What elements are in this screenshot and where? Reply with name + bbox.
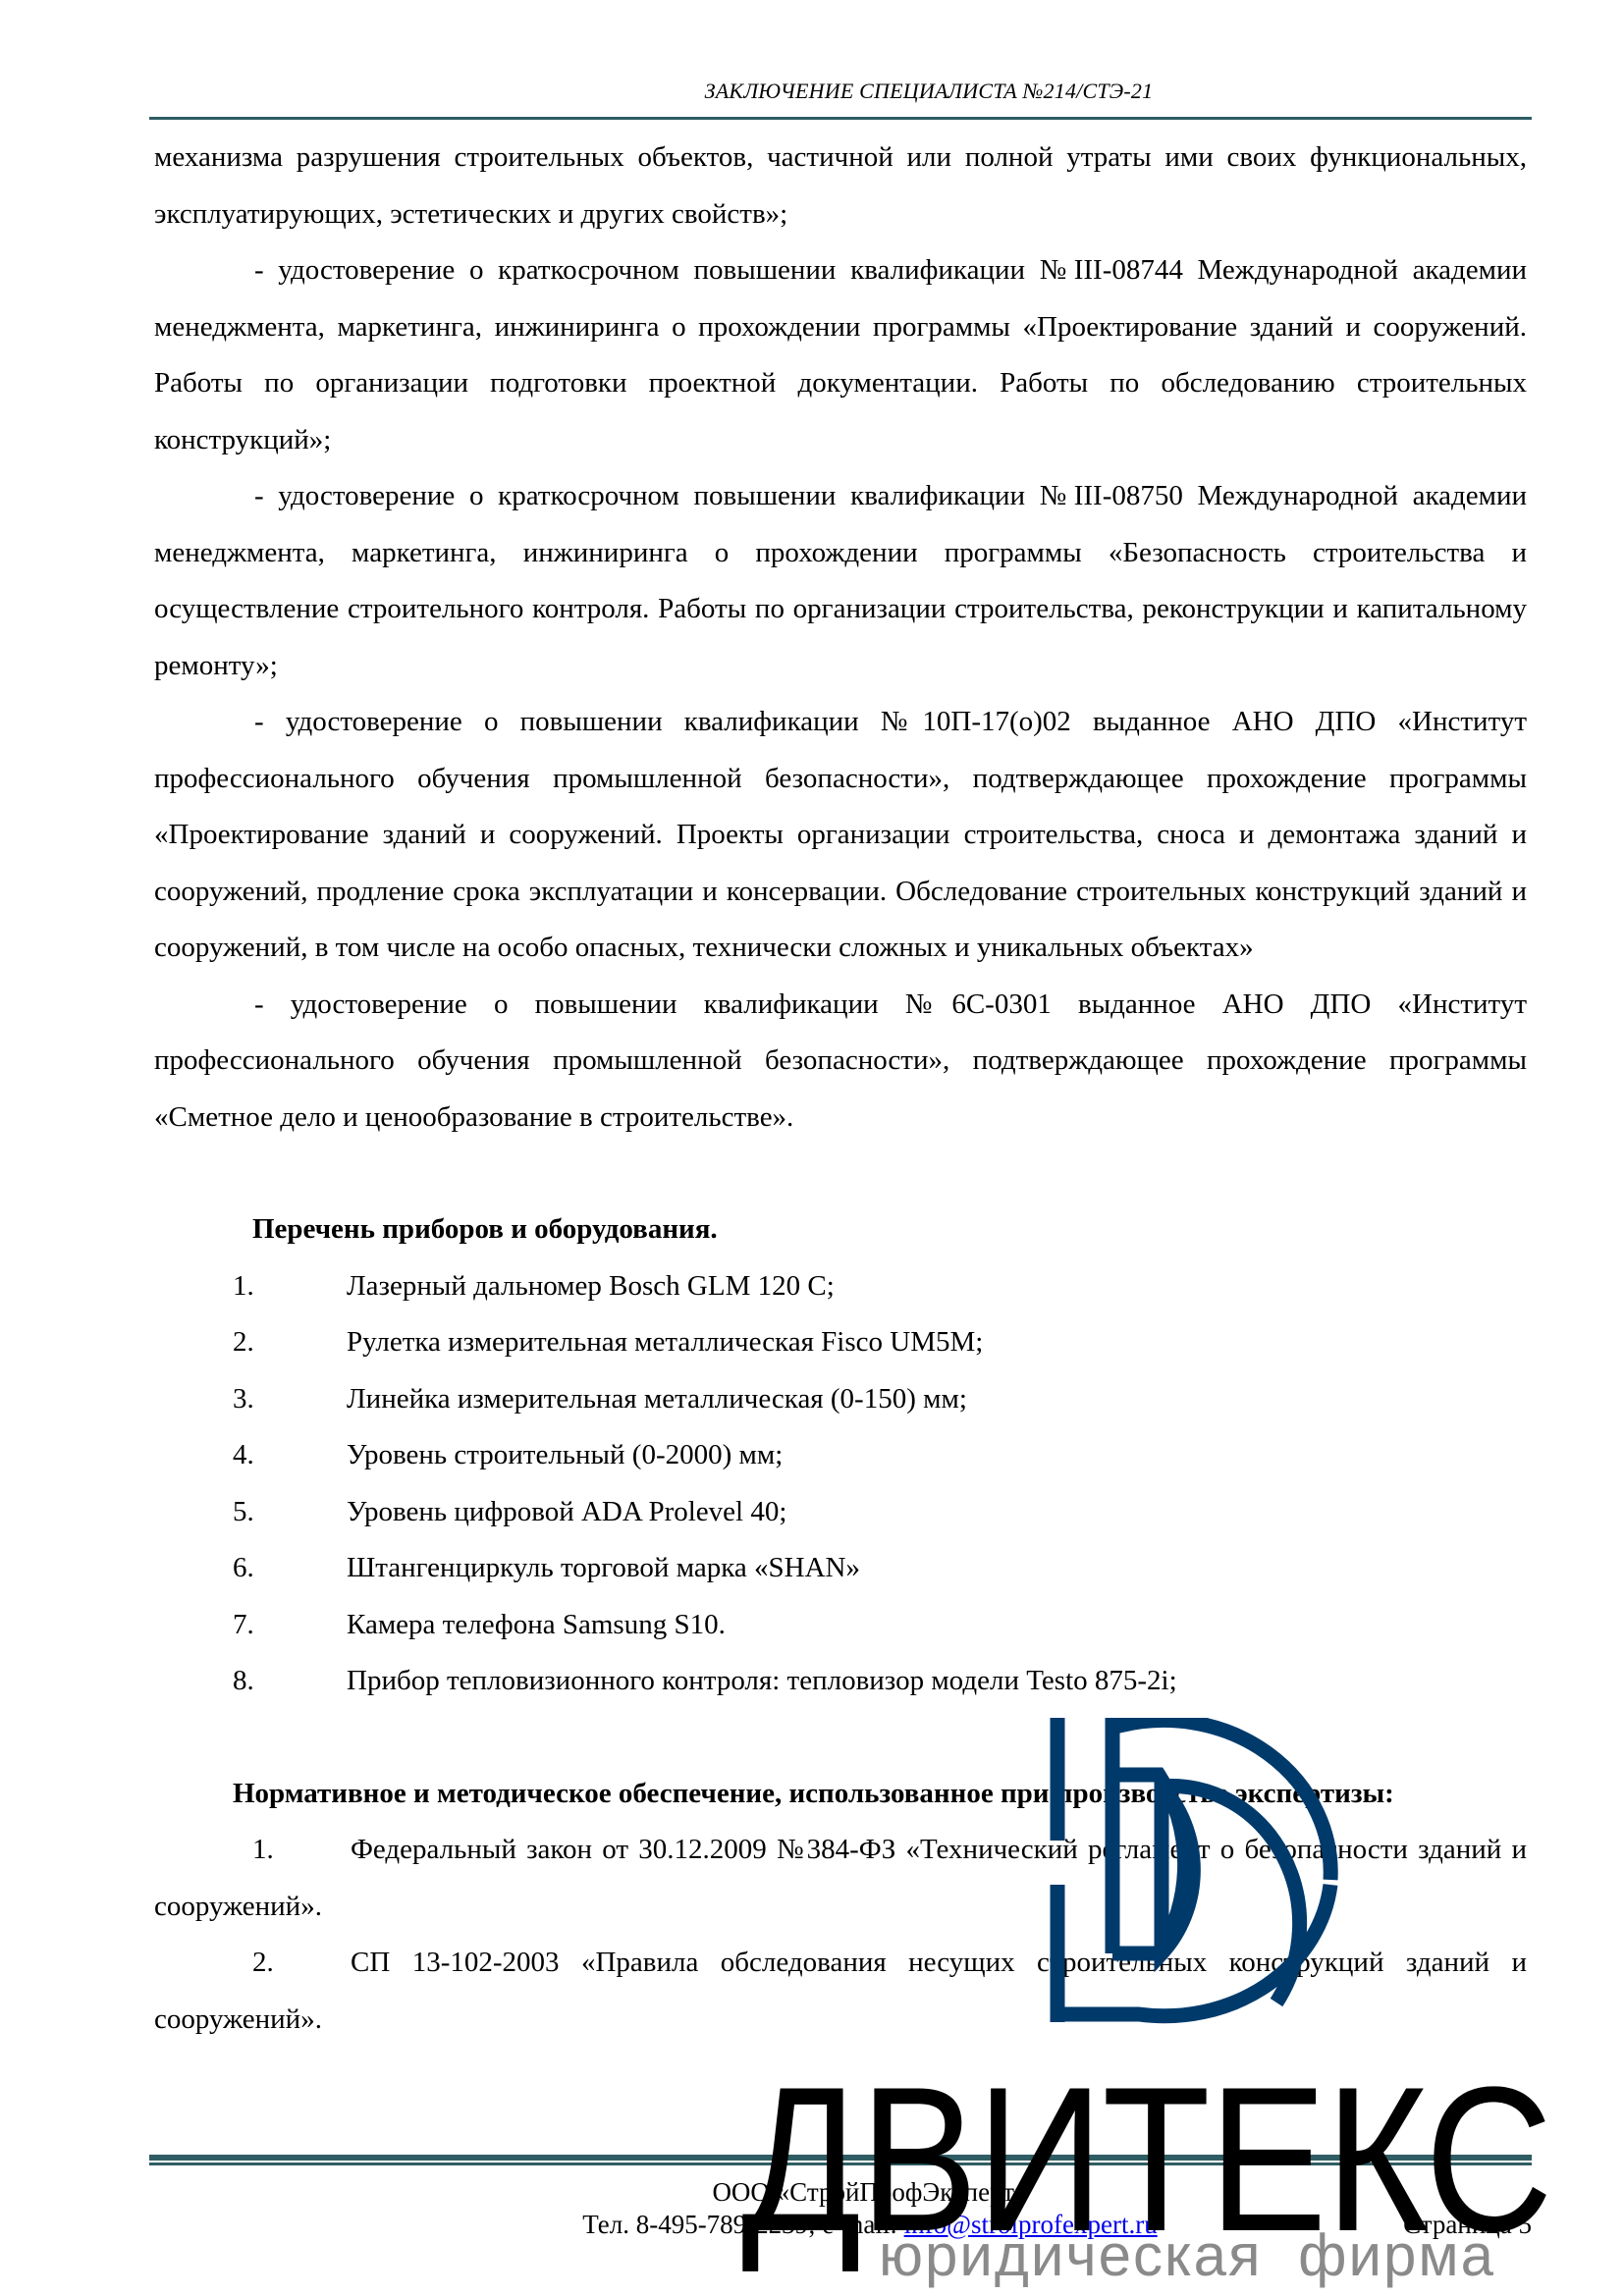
page-footer: ООО «СтройПрофЭксперт» Тел. 8-495-789-22… bbox=[149, 2155, 1532, 2240]
item-text: Федеральный закон от 30.12.2009 №384-ФЗ … bbox=[154, 1834, 1527, 1922]
equipment-heading: Перечень приборов и оборудования. bbox=[154, 1201, 1527, 1258]
item-number: 1. bbox=[154, 1258, 347, 1315]
item-number: 1. bbox=[154, 1822, 351, 1879]
paragraph: - удостоверение о повышении квалификации… bbox=[154, 694, 1527, 977]
list-item: 5.Уровень цифровой ADA Prolevel 40; bbox=[154, 1484, 1527, 1541]
item-text: Уровень цифровой ADA Prolevel 40; bbox=[347, 1484, 786, 1541]
paragraph: - удостоверение о повышении квалификации… bbox=[154, 977, 1527, 1147]
footer-company: ООО «СтройПрофЭксперт» bbox=[149, 2177, 1532, 2208]
item-text: Уровень строительный (0-2000) мм; bbox=[347, 1427, 783, 1484]
item-number: 6. bbox=[154, 1540, 347, 1597]
item-text: Лазерный дальномер Bosch GLM 120 C; bbox=[347, 1258, 835, 1315]
list-item: 2.Рулетка измерительная металлическая Fi… bbox=[154, 1314, 1527, 1371]
list-item: 1.Федеральный закон от 30.12.2009 №384-Ф… bbox=[154, 1822, 1527, 1935]
equipment-list: 1.Лазерный дальномер Bosch GLM 120 C; 2.… bbox=[154, 1258, 1527, 1710]
normative-heading: Нормативное и методическое обеспечение, … bbox=[154, 1766, 1527, 1823]
spacer bbox=[154, 1710, 1527, 1766]
item-number: 4. bbox=[154, 1427, 347, 1484]
list-item: 8.Прибор тепловизионного контроля: тепло… bbox=[154, 1653, 1527, 1710]
list-item: 7.Камера телефона Samsung S10. bbox=[154, 1597, 1527, 1654]
footer-contacts: Тел. 8-495-789-2239; e-mail: info@stroip… bbox=[149, 2210, 1532, 2240]
item-number: 7. bbox=[154, 1597, 347, 1654]
item-text: Штангенциркуль торговой марка «SHAN» bbox=[347, 1540, 860, 1597]
paragraph: механизма разрушения строительных объект… bbox=[154, 130, 1527, 242]
page-header: ЗАКЛЮЧЕНИЕ СПЕЦИАЛИСТА №214/СТЭ-21 bbox=[149, 75, 1532, 120]
item-number: 2. bbox=[154, 1314, 347, 1371]
list-item: 1.Лазерный дальномер Bosch GLM 120 C; bbox=[154, 1258, 1527, 1315]
document-body: механизма разрушения строительных объект… bbox=[154, 130, 1527, 2048]
item-text: Рулетка измерительная металлическая Fisc… bbox=[347, 1314, 983, 1371]
footer-email-link[interactable]: info@stroiprofexpert.ru bbox=[904, 2210, 1158, 2239]
item-text: СП 13-102-2003 «Правила обследования нес… bbox=[154, 1947, 1527, 2035]
document-title: ЗАКЛЮЧЕНИЕ СПЕЦИАЛИСТА №214/СТЭ-21 bbox=[149, 79, 1532, 104]
footer-divider bbox=[149, 2155, 1532, 2161]
item-number: 3. bbox=[154, 1371, 347, 1428]
page-number: Страница 5 bbox=[1403, 2210, 1532, 2240]
item-text: Прибор тепловизионного контроля: теплови… bbox=[347, 1653, 1177, 1710]
list-item: 2.СП 13-102-2003 «Правила обследования н… bbox=[154, 1935, 1527, 2048]
spacer bbox=[154, 1146, 1527, 1201]
normative-list: 1.Федеральный закон от 30.12.2009 №384-Ф… bbox=[154, 1822, 1527, 2048]
footer-phone: Тел. 8-495-789-2239; e-mail: bbox=[582, 2210, 903, 2239]
paragraph: - удостоверение о краткосрочном повышени… bbox=[154, 242, 1527, 468]
item-text: Линейка измерительная металлическая (0-1… bbox=[347, 1371, 967, 1428]
list-item: 4.Уровень строительный (0-2000) мм; bbox=[154, 1427, 1527, 1484]
item-number: 5. bbox=[154, 1484, 347, 1541]
footer-divider-thin bbox=[149, 2163, 1532, 2165]
item-number: 2. bbox=[154, 1935, 351, 1992]
item-number: 8. bbox=[154, 1653, 347, 1710]
item-text: Камера телефона Samsung S10. bbox=[347, 1597, 726, 1654]
list-item: 6.Штангенциркуль торговой марка «SHAN» bbox=[154, 1540, 1527, 1597]
list-item: 3.Линейка измерительная металлическая (0… bbox=[154, 1371, 1527, 1428]
header-divider bbox=[149, 117, 1532, 120]
paragraph: - удостоверение о краткосрочном повышени… bbox=[154, 468, 1527, 694]
